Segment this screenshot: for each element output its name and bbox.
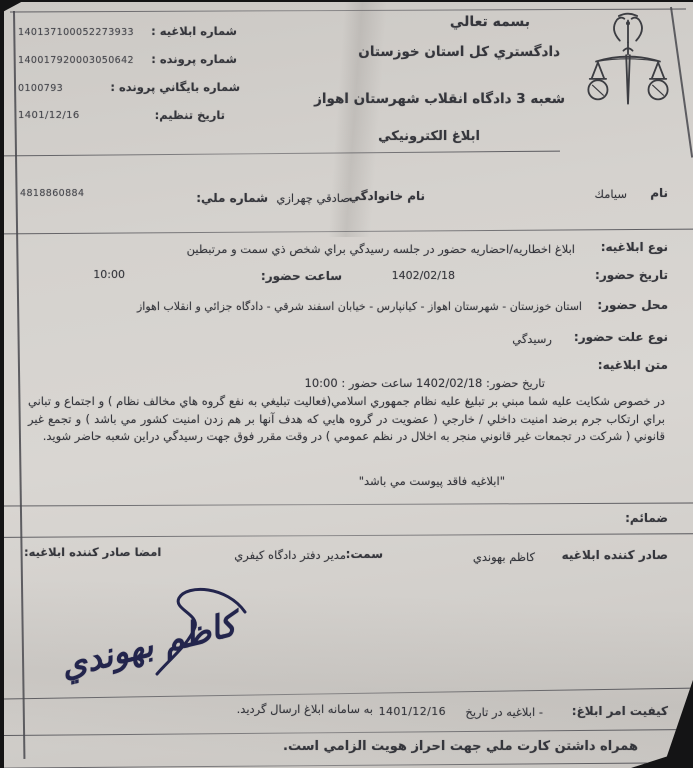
paper-left-border xyxy=(13,11,25,759)
first-name-value: سيامك xyxy=(595,187,627,201)
delivery-quality-date: 1401/12/16 xyxy=(379,705,446,718)
issuer-signature-handwriting: كاظم بهوندي xyxy=(49,582,269,694)
issue-date-label: تاريخ تنظيم: xyxy=(155,108,225,122)
bismillah-heading: بسمه تعالي xyxy=(450,14,530,30)
notice-type-label: نوع ابلاغيه: xyxy=(601,240,668,254)
appearance-location-label: محل حضور: xyxy=(597,298,668,312)
appearance-date-label: تاريخ حضور: xyxy=(595,268,668,282)
scanned-court-notice: شماره ابلاغيه : 140137100052273933 شماره… xyxy=(4,2,693,768)
attachments-bottom-divider xyxy=(4,533,693,538)
first-name-label: نام xyxy=(650,186,668,200)
national-id-value: 4818860884 xyxy=(20,188,84,199)
issuer-position-value: مدير دفتر دادگاه كيفري xyxy=(234,548,346,562)
court-branch-title: شعبه 3 دادگاه انقلاب شهرستان اهواز xyxy=(314,91,565,107)
notice-body-label: متن ابلاغيه: xyxy=(598,358,668,372)
appearance-time-value: 10:00 xyxy=(93,268,125,281)
issuer-position-label: سمت: xyxy=(346,547,383,561)
issuer-signature-label: امضا صادر كننده ابلاغيه: xyxy=(24,545,161,559)
national-id-label: شماره ملي: xyxy=(196,191,268,205)
issuer-name: كاظم بهوندي xyxy=(473,550,535,564)
delivery-quality-suffix: به سامانه ابلاغ ارسال گرديد. xyxy=(237,702,373,716)
delivery-quality-prefix: - ابلاغيه در تاريخ xyxy=(465,705,543,719)
notice-body-text: در خصوص شكايت عليه شما مبني بر تبليغ علي… xyxy=(28,393,665,446)
notice-body-first-line: تاريخ حضور: 1402/02/18 ساعت حضور : 10:00 xyxy=(305,376,545,390)
appearance-time-label: ساعت حضور: xyxy=(261,269,342,283)
national-id-required-notice: همراه داشتن كارت ملي جهت احراز هويت الزا… xyxy=(283,739,638,754)
archive-number-value: 0100793 xyxy=(18,83,63,94)
issue-date-value: 1401/12/16 xyxy=(18,110,80,121)
judiciary-scales-emblem-icon xyxy=(587,8,669,116)
last-name-label: نام خانوادگي xyxy=(348,189,425,203)
appearance-location-value: استان خوزستان - شهرستان اهواز - كيانپارس… xyxy=(137,300,582,313)
quality-row-divider xyxy=(4,729,693,736)
svg-text:كاظم بهوندي: كاظم بهوندي xyxy=(57,602,248,686)
archive-number-label: شماره بايگاني پرونده : xyxy=(110,80,240,94)
justice-department-title: دادگستري كل استان خوزستان xyxy=(358,44,560,60)
header-divider xyxy=(4,151,560,157)
notice-number-label: شماره ابلاغيه : xyxy=(151,24,237,38)
case-number-value: 140017920003050642 xyxy=(18,55,134,66)
appearance-reason-label: نوع علت حضور: xyxy=(574,330,668,344)
person-row-divider xyxy=(4,229,693,235)
electronic-notice-title: ابلاغ الكترونيكي xyxy=(378,129,480,144)
delivery-quality-label: كيفيت امر ابلاغ: xyxy=(572,704,668,718)
bottom-border xyxy=(4,762,664,768)
paper-top-border xyxy=(10,9,686,13)
attachments-label: ضمائم: xyxy=(625,511,668,525)
no-attachment-note: "ابلاغيه فاقد پيوست مي باشد" xyxy=(359,474,505,488)
case-number-label: شماره پرونده : xyxy=(151,52,237,66)
attachments-top-divider xyxy=(4,502,693,506)
last-name-value: صادقي چهرازي xyxy=(276,191,350,205)
notice-type-value: ابلاغ اخطاريه/احضاريه حضور در جلسه رسيدگ… xyxy=(187,242,575,256)
paper-right-border xyxy=(670,7,693,158)
appearance-reason-value: رسيدگي xyxy=(512,332,552,346)
issuer-label: صادر كننده ابلاغيه xyxy=(562,548,668,562)
notice-number-value: 140137100052273933 xyxy=(18,27,134,38)
appearance-date-value: 1402/02/18 xyxy=(392,269,455,282)
